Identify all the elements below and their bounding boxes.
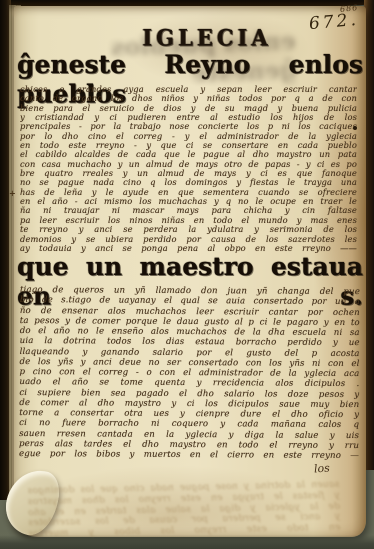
manuscript-text-line: chicos o grandes ayga escuela y sepan le…	[20, 85, 357, 94]
manuscript-text-line: pa leer escriuir los ninos niñas en todo…	[20, 216, 357, 225]
margin-cross-mark: +	[9, 188, 16, 198]
manuscript-text-line: te rreyno y anci se perdera la ydulatra …	[20, 225, 357, 234]
manuscript-text-line: no se pague nada cino q los domingos y f…	[20, 178, 357, 187]
manuscript-page: enlos pueblos ĝeneste 686 672. IGLECIA ĝ…	[14, 6, 366, 537]
manuscript-text-line: con casa muchacho y un almud de mays otr…	[20, 160, 357, 169]
margin-dot-mark	[353, 126, 357, 130]
paragraph-maestro-queros: tiago de queros un yñ llamado don juan y…	[19, 285, 360, 461]
section-title-iglesia: IGLECIA	[14, 24, 366, 51]
manuscript-text-line: por lo dho cino el correg - y el adminis…	[20, 132, 357, 141]
manuscript-text-line: canto de organo los dhos niños y niñas t…	[20, 94, 357, 103]
manuscript-text-line: en el año - aci mismo los muchachas y q …	[20, 197, 357, 206]
verso-bleedthrough-text: sauen la dotrina y nose pague nada cino …	[27, 480, 340, 541]
paragraph-escuelas: chicos o grandes ayga escuela y sepan le…	[20, 85, 357, 253]
manuscript-text-line: has de leña y le ayude en que sementera …	[20, 188, 357, 197]
manuscript-text-line: ña ni trauajar ni mascar mays para chich…	[20, 206, 357, 215]
backdrop-bottom-shadow	[0, 535, 374, 549]
manuscript-text-line: y cristiandad y ci pudieren entre al est…	[20, 113, 357, 122]
manuscript-text-line: biene para el seruicio de dios y de su m…	[20, 104, 357, 113]
manuscript-text-line: en todo este rreyno - y que ci se conser…	[20, 141, 357, 150]
manuscript-text-line: bre quatro rreales y un almud de mays y …	[20, 169, 357, 178]
photo-backdrop: enlos pueblos ĝeneste 686 672. IGLECIA ĝ…	[0, 0, 374, 549]
manuscript-text-line: egue por los bibos y muertos en el cierr…	[19, 449, 359, 461]
manuscript-text-line: demonios y se ubiera perdido por causa d…	[20, 235, 357, 244]
catchword: los	[314, 461, 331, 475]
manuscript-text-line: el cabildo alcaldes de cada que le pague…	[20, 150, 357, 159]
manuscript-text-line: prencipales - por la trabajo nose concie…	[20, 122, 357, 131]
